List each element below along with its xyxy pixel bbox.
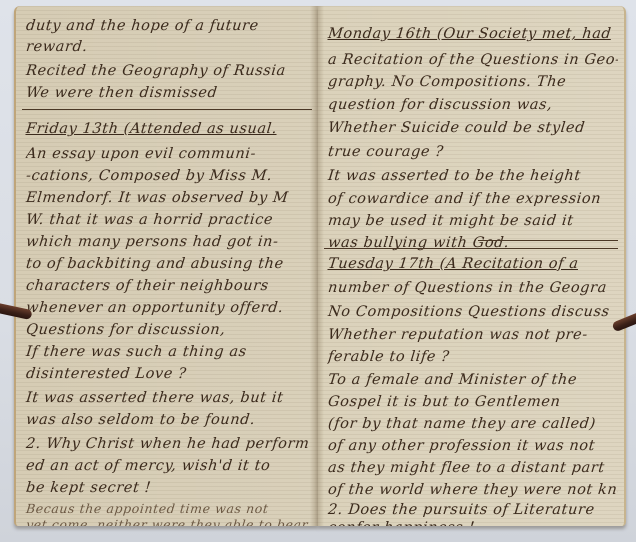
text-line: reward. [25,37,313,57]
text-line: to of backbiting and abusing the [25,254,313,274]
text-line: 2. Why Christ when he had perform [25,434,313,454]
text-line: was also seldom to be found. [25,410,313,430]
text-line: If there was such a thing as [25,342,313,362]
text-line: duty and the hope of a future [25,16,313,36]
right-page: Monday 16th (Our Society met, had a Reci… [318,6,626,526]
entry-heading-friday: Friday 13th (Attended as usual. [25,119,313,139]
text-line: It was asserted to be the height [327,166,619,186]
date-heading: Monday 16th (Our Society met, had [327,26,612,42]
text-line: To a female and Minister of the [327,370,619,390]
text-line: of any other profession it was not [327,436,619,456]
entry-heading-tuesday: Tuesday 17th (A Recitation of a [327,254,619,274]
text-line: ed an act of mercy, wish'd it to [25,456,313,476]
text-line: number of Questions in the Geogra [327,278,619,298]
text-line: 2. Does the pursuits of Literature [327,500,619,520]
section-divider [22,109,312,110]
text-line: Whether reputation was not pre- [327,325,619,345]
date-heading: Friday 13th (Attended as usual. [25,121,278,137]
section-divider [324,248,618,249]
text-line: true courage ? [327,142,619,162]
date-heading: Tuesday 17th (A Recitation of a [327,256,579,272]
text-line: Gospel it is but to Gentlemen [327,392,619,412]
text-line: be kept secret ! [25,478,313,498]
text-line: whenever an opportunity offerd. [25,298,313,318]
text-line: An essay upon evil communi- [25,144,313,164]
text-line: yet come, neither were they able to bear… [25,515,313,526]
text-line: graphy. No Compositions. The [327,72,619,92]
text-line: question for discussion was, [327,95,619,115]
text-line: Recited the Geography of Russia [25,61,313,81]
text-line: It was asserted there was, but it [25,388,313,408]
text-line: of cowardice and if the expression [327,189,619,209]
text-line: Questions for discussion, [25,320,313,340]
text-line: of the world where they were not known [327,480,619,500]
text-line: (for by that name they are called) [327,414,619,434]
text-line: disinterested Love ? [25,364,313,384]
text-line: Elmendorf. It was observed by M [25,188,313,208]
text-line: Whether Suicide could be styled [327,118,619,138]
text-line: W. that it was a horrid practice [25,210,313,230]
text-line: ferable to life ? [327,347,619,367]
left-page: duty and the hope of a future reward. Re… [14,6,318,526]
text-line: may be used it might be said it [327,211,619,231]
text-line: a Recitation of the Questions in Geo- [327,50,619,70]
open-notebook: duty and the hope of a future reward. Re… [0,0,636,542]
text-line: We were then dismissed [25,83,313,103]
text-line: -cations, Composed by Miss M. [25,166,313,186]
text-line: which many persons had got in- [25,232,313,252]
entry-heading-monday: Monday 16th (Our Society met, had [327,24,619,44]
text-line: No Compositions Questions discuss [327,302,619,322]
book-gutter [310,6,324,526]
text-line: characters of their neighbours [25,276,313,296]
text-line: confer happiness ! [327,518,619,526]
line-end-rule [478,240,618,241]
text-line: as they might flee to a distant part [327,458,619,478]
text-line: was bullying with God. [327,233,619,253]
